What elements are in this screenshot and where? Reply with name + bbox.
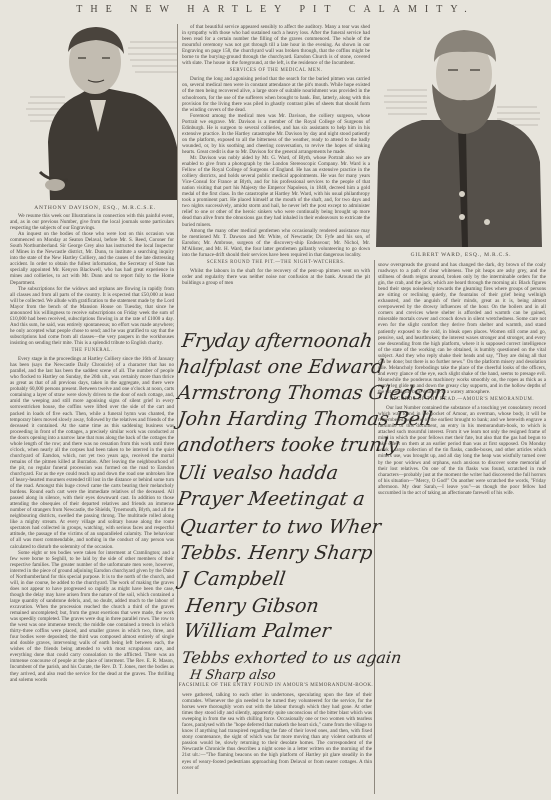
handwriting-line: Uli vealso hadda [176,462,339,484]
section-heading-medical: SERVICES OF THE MEDICAL MEN. [182,68,370,74]
section-heading-funeral: THE FUNERAL. [10,348,174,354]
portrait-gilbert-ward [372,22,550,247]
paragraph: Our last Number contained the substance … [378,405,546,496]
facsimile-memorandum: Fryday afternoonah halfplast one Edward … [178,330,372,680]
paragraph: Foremost among the medical men was Mr. D… [182,113,370,155]
section-heading-records: RECORDS OF THE DEAD.—AMOUR'S MEMORANDUM. [378,397,546,403]
handwriting-line: Tebbs. Henry Sharp [178,542,373,564]
handwriting-line: Henry Gibson [184,595,320,617]
paragraph: Every stage in the proceedings at Hartle… [10,356,174,550]
paragraph: During the long and agonising period tha… [182,76,370,112]
paragraph: Some eight or ten bodies were taken for … [10,550,174,683]
paragraph: were gathered, talking to each other in … [182,692,372,771]
article-column-right: snow overspreads the ground and has chan… [378,262,546,496]
handwriting-line: William Palmer [182,620,332,642]
paragraph: We resume this week our Illustrations in… [10,213,174,231]
handwriting-line: Tebbs exhorted to us again [181,648,403,667]
handwriting-line: Quarter to two Wher [178,516,382,538]
paragraph: The subscriptions for the widows and orp… [10,286,174,346]
handwriting-line: Fryday afternoonah [180,330,374,352]
handwriting-line: halfplast one Edward [176,356,385,378]
handwriting-line: H Sharp also [189,668,277,683]
facsimile-caption: FACSIMILE OF THE ENTRY FOUND IN AMOUR'S … [178,683,374,688]
paragraph: snow overspreads the ground and has chan… [378,262,546,395]
engraving-icon [372,22,550,247]
article-column-middle-bottom: were gathered, talking to each other in … [182,692,372,771]
paragraph: Among the many other medical gentlemen w… [182,228,370,258]
handwriting-line: J Campbell [178,568,286,590]
paragraph: An inquest on the bodies of those who we… [10,231,174,285]
handwriting-line: Prayer Meetingat a [176,488,366,510]
handwriting-line: andothers tooke trunly [176,434,400,456]
article-column-middle: of that beautiful service appeared sensi… [182,24,370,324]
paragraph: Whilst the labours in the shaft for the … [182,268,370,286]
engraving-icon [10,22,180,200]
article-column-left: We resume this week our Illustrations in… [10,213,174,683]
portrait-caption-davison: ANTHONY DAVISON, ESQ., M.R.C.S.E. [10,205,180,211]
section-heading-scenes: SCENES ROUND THE PIT.—THE NIGHT-WATCHERS… [182,260,370,266]
portrait-caption-ward: GILBERT WARD, ESQ., M.R.C.S. [372,252,550,258]
page-title: THE NEW HARTLEY PIT CALAMITY. [0,4,551,15]
paragraph: of that beautiful service appeared sensi… [182,24,370,66]
portrait-anthony-davison [10,22,180,200]
paragraph: Mr. Davison was nobly aided by Mr. G. Wa… [182,155,370,228]
